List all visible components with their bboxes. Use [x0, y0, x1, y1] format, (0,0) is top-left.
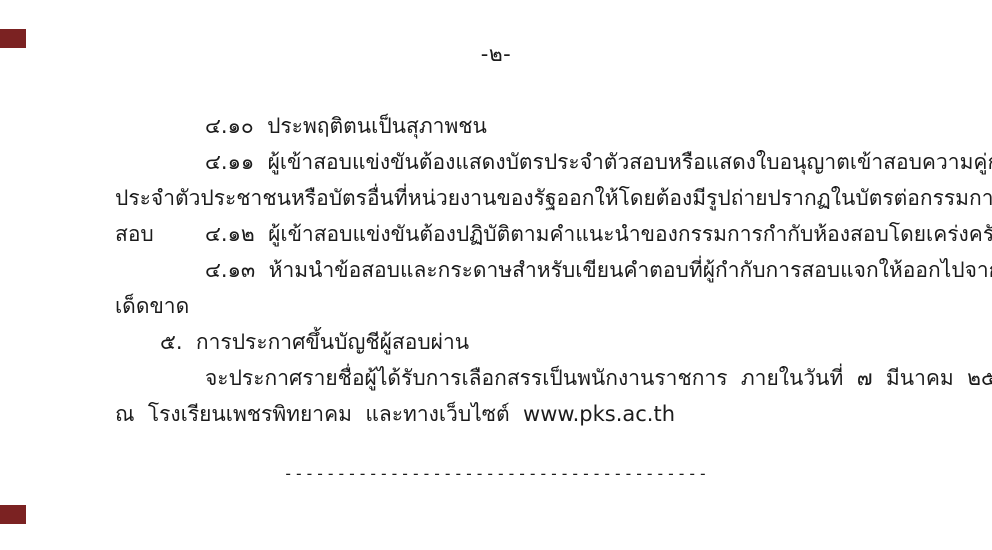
page-number: -๒-: [0, 38, 992, 71]
paragraph-5-body: จะประกาศรายชื่อผู้ได้รับการเลือกสรรเป็นพ…: [0, 360, 992, 396]
section-5-heading: ๕. การประกาศขึ้นบัญชีผู้สอบผ่าน: [0, 324, 992, 360]
document-page: -๒- ๔.๑๐ ประพฤติตนเป็นสุภาพชน ๔.๑๑ ผู้เข…: [0, 0, 992, 550]
paragraph-4-11-continued: ประจำตัวประชาชนหรือบัตรอื่นที่หน่วยงานขอ…: [0, 180, 992, 216]
dashed-separator: ----------------------------------------: [0, 462, 992, 486]
paragraph-5-body-continued: ณ โรงเรียนเพชรพิทยาคม และทางเว็บไซต์ www…: [0, 396, 992, 432]
paragraph-4-13: ๔.๑๓ ห้ามนำข้อสอบและกระดาษสำหรับเขียนคำต…: [0, 252, 992, 288]
paragraph-4-13-continued: เด็ดขาด: [0, 288, 992, 324]
paragraph-4-10: ๔.๑๐ ประพฤติตนเป็นสุภาพชน: [0, 108, 992, 144]
paragraph-4-12: ๔.๑๒ ผู้เข้าสอบแข่งขันต้องปฏิบัติตามคำแน…: [0, 216, 992, 252]
corner-mark-bottom: [0, 505, 26, 524]
paragraph-4-11: ๔.๑๑ ผู้เข้าสอบแข่งขันต้องแสดงบัตรประจำต…: [0, 144, 992, 180]
